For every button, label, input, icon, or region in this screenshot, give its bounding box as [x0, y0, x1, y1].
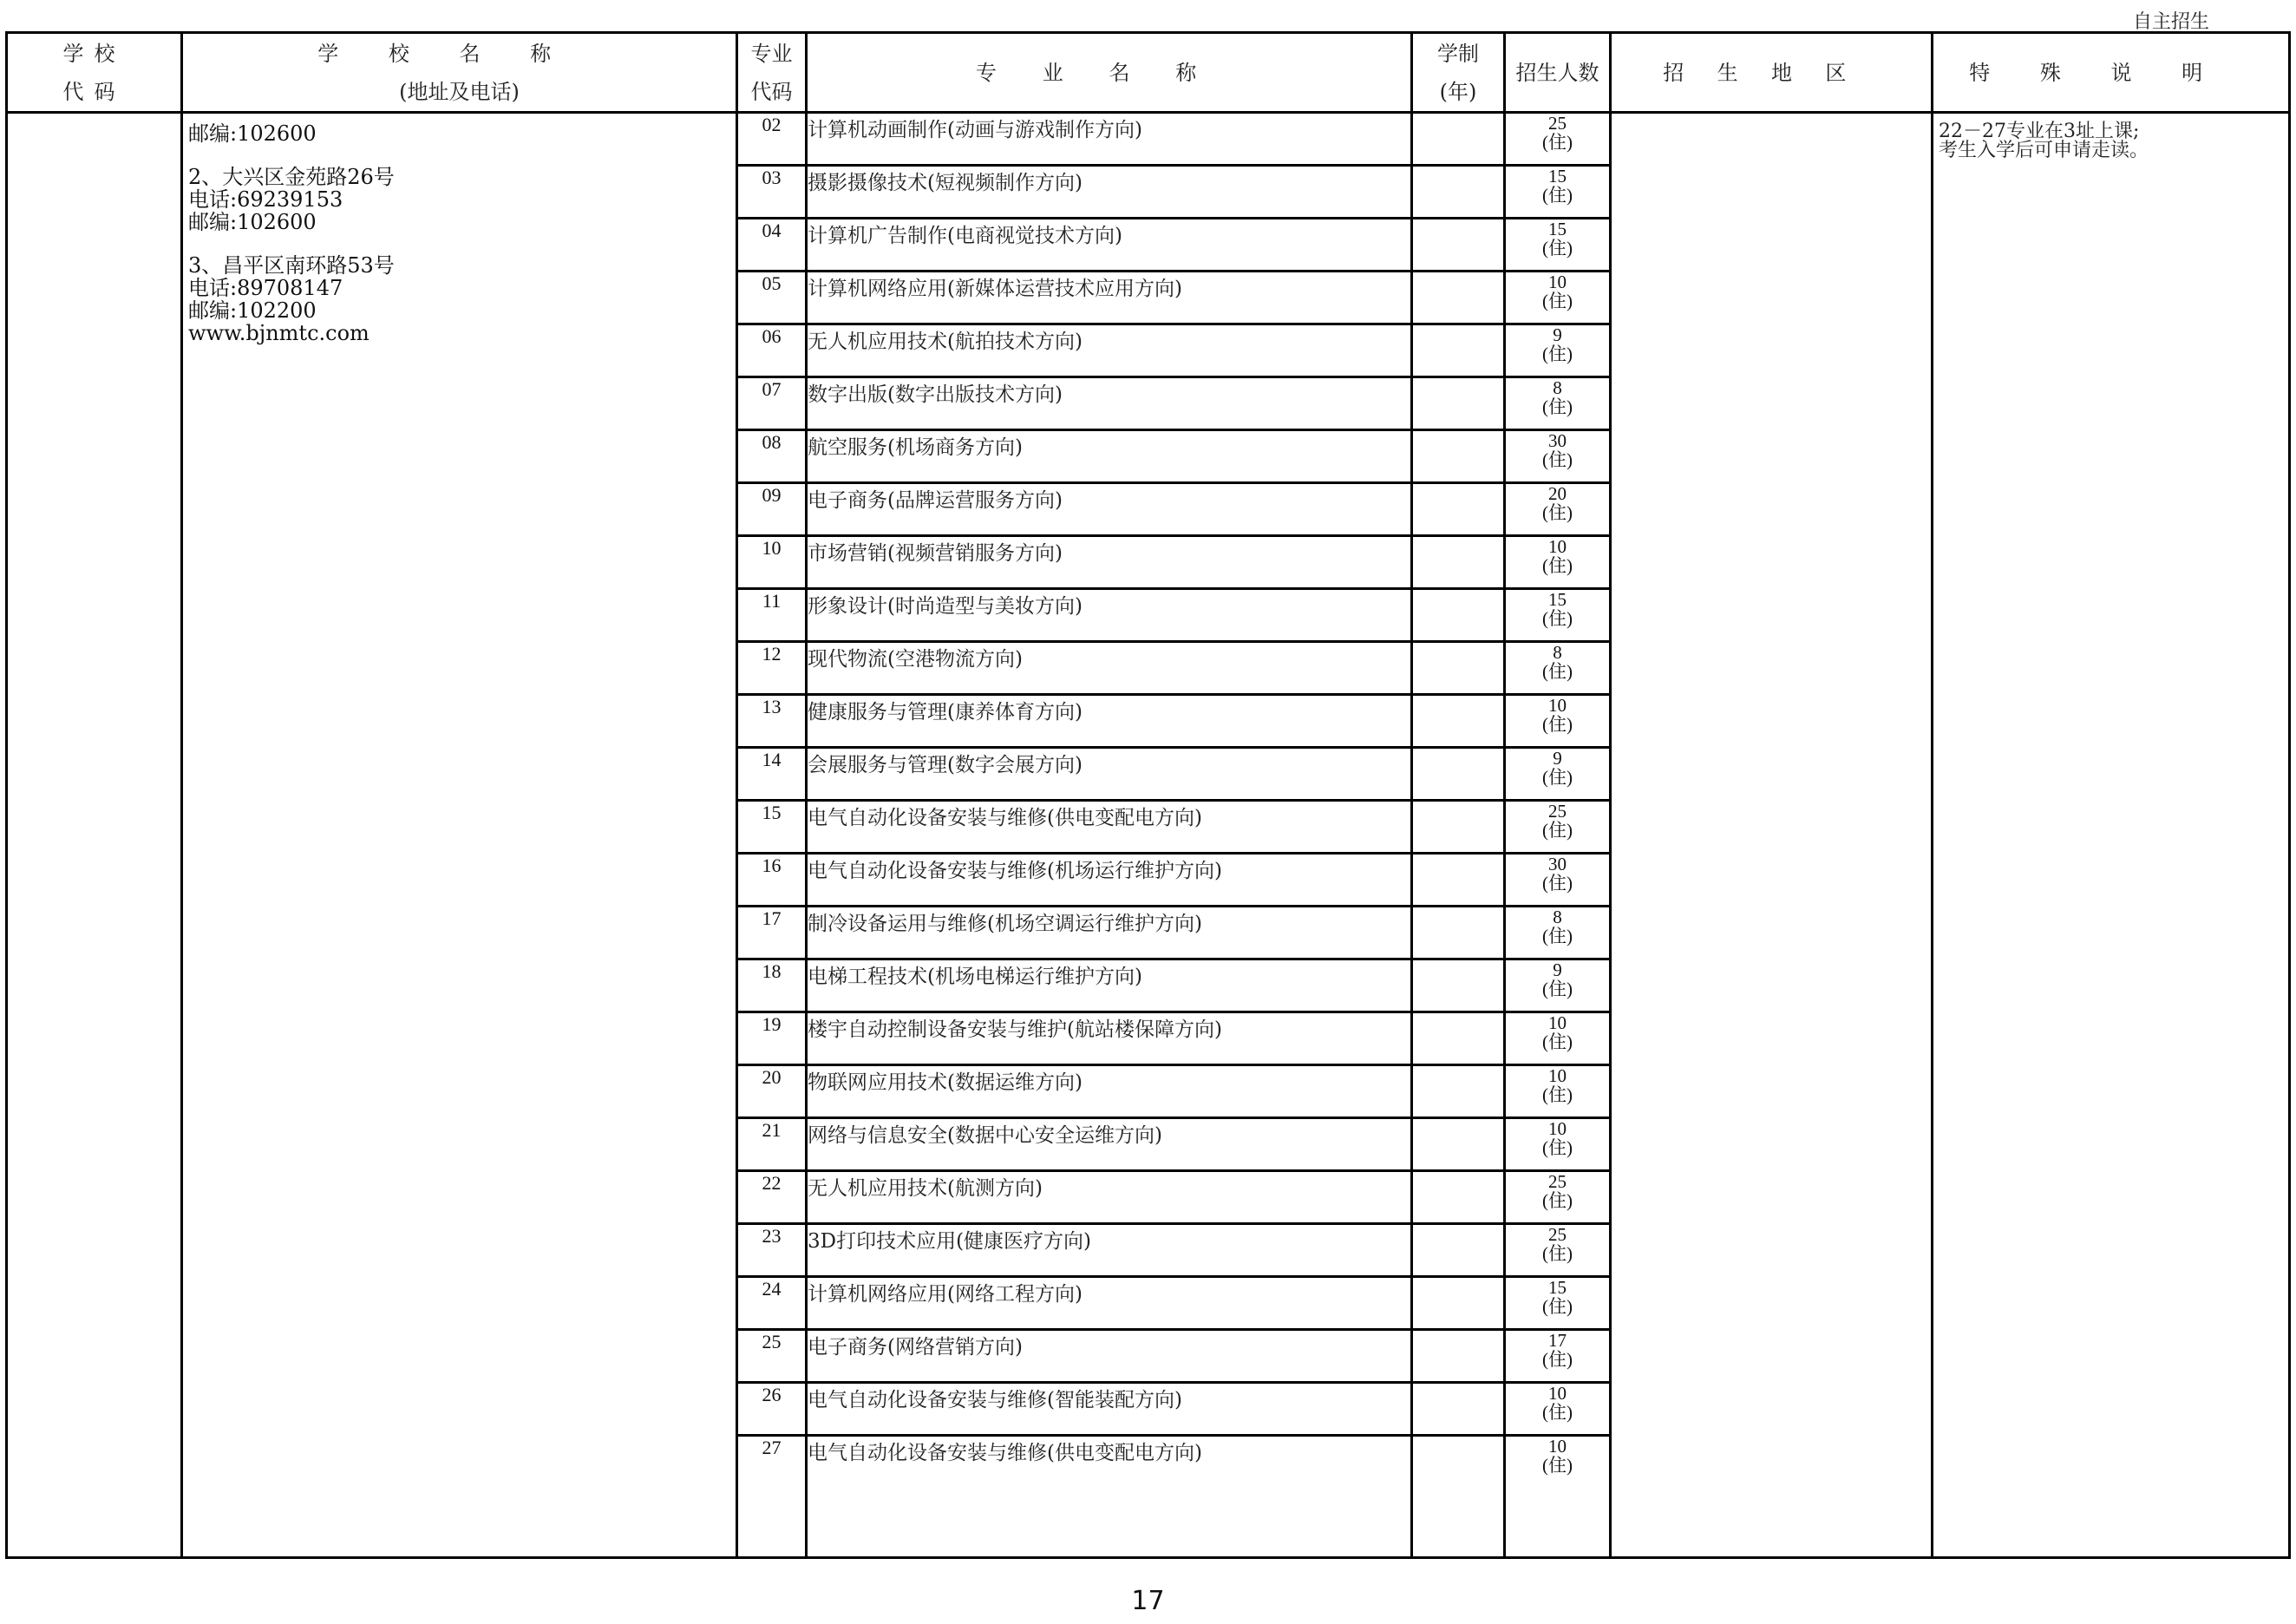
enrollment-count: 10: [1506, 696, 1609, 715]
lodging-label: (住): [1506, 768, 1609, 787]
enrollment-count-cell: 25(住): [1505, 113, 1611, 166]
page-number: 17: [0, 1586, 2296, 1616]
major-code: 03: [737, 166, 807, 219]
lodging-label: (住): [1506, 239, 1609, 258]
major-code: 22: [737, 1171, 807, 1224]
major-code: 17: [737, 907, 807, 959]
major-duration: [1412, 1224, 1505, 1277]
lodging-label: (住): [1506, 344, 1609, 363]
enrollment-count: 17: [1506, 1331, 1609, 1350]
major-duration: [1412, 324, 1505, 377]
major-duration: [1412, 483, 1505, 536]
major-duration: [1412, 377, 1505, 430]
enrollment-count-cell: 30(住): [1505, 854, 1611, 907]
address-line: www.bjnmtc.com: [188, 322, 736, 344]
enrollment-count-cell: 10(住): [1505, 1012, 1611, 1065]
major-code: 09: [737, 483, 807, 536]
header-duration-line2: (年): [1413, 73, 1503, 111]
header-duration: 学制 (年): [1412, 33, 1505, 113]
enrollment-count: 10: [1506, 1066, 1609, 1085]
lodging-label: (住): [1506, 1350, 1609, 1369]
major-name: 电子商务(品牌运营服务方向): [807, 483, 1412, 536]
enrollment-count-cell: 15(住): [1505, 1277, 1611, 1330]
enrollment-count-cell: 10(住): [1505, 695, 1611, 748]
enrollment-count-cell: 10(住): [1505, 1436, 1611, 1558]
major-duration: [1412, 1012, 1505, 1065]
major-name: 物联网应用技术(数据运维方向): [807, 1065, 1412, 1118]
notes-cell: 22－27专业在3址上课;考生入学后可申请走读。: [1933, 113, 2290, 1558]
major-code: 27: [737, 1436, 807, 1558]
major-duration: [1412, 219, 1505, 272]
header-school-code: 学校 代码: [7, 33, 182, 113]
major-duration: [1412, 1065, 1505, 1118]
enrollment-count: 15: [1506, 590, 1609, 609]
major-code: 26: [737, 1383, 807, 1436]
enrollment-count: 25: [1506, 1225, 1609, 1244]
lodging-label: (住): [1506, 715, 1609, 734]
lodging-label: (住): [1506, 397, 1609, 416]
major-duration: [1412, 959, 1505, 1012]
enrollment-count-cell: 15(住): [1505, 166, 1611, 219]
major-name: 形象设计(时尚造型与美妆方向): [807, 589, 1412, 642]
enrollment-count-cell: 25(住): [1505, 1171, 1611, 1224]
major-duration: [1412, 748, 1505, 801]
enrollment-count-cell: 10(住): [1505, 272, 1611, 324]
major-duration: [1412, 536, 1505, 589]
lodging-label: (住): [1506, 874, 1609, 893]
major-code: 06: [737, 324, 807, 377]
lodging-label: (住): [1506, 979, 1609, 999]
address-line: 电话:69239153: [188, 188, 736, 211]
lodging-label: (住): [1506, 1191, 1609, 1210]
school-code-cell: [7, 113, 182, 1558]
enrollment-count: 8: [1506, 643, 1609, 662]
enrollment-count-cell: 8(住): [1505, 377, 1611, 430]
enrollment-count: 9: [1506, 960, 1609, 979]
lodging-label: (住): [1506, 1403, 1609, 1422]
major-duration: [1412, 1383, 1505, 1436]
region-cell: [1611, 113, 1933, 1558]
major-name: 楼宇自动控制设备安装与维护(航站楼保障方向): [807, 1012, 1412, 1065]
major-code: 13: [737, 695, 807, 748]
major-code: 07: [737, 377, 807, 430]
major-name: 电气自动化设备安装与维修(智能装配方向): [807, 1383, 1412, 1436]
lodging-label: (住): [1506, 1456, 1609, 1475]
header-major-code: 专业 代码: [737, 33, 807, 113]
major-duration: [1412, 166, 1505, 219]
enrollment-count-cell: 8(住): [1505, 907, 1611, 959]
header-major-code-line1: 专业: [738, 35, 805, 73]
enrollment-count: 8: [1506, 907, 1609, 927]
header-school-name-line2: (地址及电话): [183, 73, 736, 111]
major-name: 3D打印技术应用(健康医疗方向): [807, 1224, 1412, 1277]
header-school-code-line2: 代码: [8, 73, 180, 111]
major-code: 04: [737, 219, 807, 272]
lodging-label: (住): [1506, 450, 1609, 469]
enrollment-count: 10: [1506, 1013, 1609, 1032]
table-body: 邮编:1026002、大兴区金苑路26号电话:69239153邮编:102600…: [7, 113, 2290, 1558]
lodging-label: (住): [1506, 821, 1609, 840]
header-major-code-line2: 代码: [738, 73, 805, 111]
enrollment-count: 8: [1506, 378, 1609, 397]
enrollment-count-cell: 17(住): [1505, 1330, 1611, 1383]
major-duration: [1412, 1436, 1505, 1558]
school-address-cell: 邮编:1026002、大兴区金苑路26号电话:69239153邮编:102600…: [182, 113, 737, 1558]
major-name: 航空服务(机场商务方向): [807, 430, 1412, 483]
major-code: 24: [737, 1277, 807, 1330]
major-duration: [1412, 113, 1505, 166]
header-region: 招生地区: [1611, 33, 1933, 113]
header-major-name: 专业名称: [807, 33, 1412, 113]
enrollment-count-cell: 9(住): [1505, 959, 1611, 1012]
major-duration: [1412, 801, 1505, 854]
enrollment-count: 10: [1506, 1384, 1609, 1403]
lodging-label: (住): [1506, 503, 1609, 522]
major-duration: [1412, 589, 1505, 642]
major-name: 摄影摄像技术(短视频制作方向): [807, 166, 1412, 219]
enrollment-count-cell: 30(住): [1505, 430, 1611, 483]
major-code: 19: [737, 1012, 807, 1065]
table-row: 邮编:1026002、大兴区金苑路26号电话:69239153邮编:102600…: [7, 113, 2290, 166]
major-code: 12: [737, 642, 807, 695]
enrollment-count: 15: [1506, 219, 1609, 239]
major-name: 无人机应用技术(航拍技术方向): [807, 324, 1412, 377]
lodging-label: (住): [1506, 609, 1609, 628]
enrollment-table: 学校 代码 学校名称 (地址及电话) 专业 代码 专业名称 学制 (年) 招生人…: [5, 31, 2291, 1559]
major-name: 无人机应用技术(航测方向): [807, 1171, 1412, 1224]
major-name: 电气自动化设备安装与维修(供电变配电方向): [807, 801, 1412, 854]
major-code: 23: [737, 1224, 807, 1277]
header-school-code-line1: 学校: [8, 35, 180, 73]
note-line: 考生入学后可申请走读。: [1939, 141, 2288, 160]
enrollment-count-cell: 15(住): [1505, 219, 1611, 272]
major-duration: [1412, 907, 1505, 959]
header-enrollment: 招生人数: [1505, 33, 1611, 113]
major-name: 会展服务与管理(数字会展方向): [807, 748, 1412, 801]
header-enrollment-text: 招生人数: [1506, 54, 1609, 92]
major-name: 计算机广告制作(电商视觉技术方向): [807, 219, 1412, 272]
major-code: 21: [737, 1118, 807, 1171]
major-duration: [1412, 695, 1505, 748]
major-name: 计算机动画制作(动画与游戏制作方向): [807, 113, 1412, 166]
enrollment-count-cell: 25(住): [1505, 801, 1611, 854]
lodging-label: (住): [1506, 1244, 1609, 1263]
enrollment-count: 10: [1506, 272, 1609, 291]
major-name: 现代物流(空港物流方向): [807, 642, 1412, 695]
major-duration: [1412, 1171, 1505, 1224]
major-code: 05: [737, 272, 807, 324]
major-code: 25: [737, 1330, 807, 1383]
major-name: 制冷设备运用与维修(机场空调运行维护方向): [807, 907, 1412, 959]
enrollment-count: 30: [1506, 855, 1609, 874]
major-duration: [1412, 1118, 1505, 1171]
lodging-label: (住): [1506, 1032, 1609, 1051]
enrollment-count: 10: [1506, 1119, 1609, 1138]
major-code: 10: [737, 536, 807, 589]
special-notes: 22－27专业在3址上课;考生入学后可申请走读。: [1933, 114, 2288, 160]
table-header-row: 学校 代码 学校名称 (地址及电话) 专业 代码 专业名称 学制 (年) 招生人…: [7, 33, 2290, 113]
header-region-text: 招生地区: [1612, 54, 1931, 92]
note-line: 22－27专业在3址上课;: [1939, 122, 2288, 141]
header-notes: 特殊说明: [1933, 33, 2290, 113]
enrollment-count-cell: 9(住): [1505, 324, 1611, 377]
enrollment-count-cell: 10(住): [1505, 1118, 1611, 1171]
header-major-name-text: 专业名称: [808, 54, 1410, 92]
major-code: 16: [737, 854, 807, 907]
lodging-label: (住): [1506, 1297, 1609, 1316]
header-notes-text: 特殊说明: [1933, 54, 2288, 92]
address-line: [188, 233, 736, 254]
major-code: 02: [737, 113, 807, 166]
major-code: 20: [737, 1065, 807, 1118]
major-code: 18: [737, 959, 807, 1012]
major-duration: [1412, 272, 1505, 324]
lodging-label: (住): [1506, 556, 1609, 575]
major-name: 健康服务与管理(康养体育方向): [807, 695, 1412, 748]
major-name: 电子商务(网络营销方向): [807, 1330, 1412, 1383]
school-address: 邮编:1026002、大兴区金苑路26号电话:69239153邮编:102600…: [183, 114, 736, 344]
major-name: 数字出版(数字出版技术方向): [807, 377, 1412, 430]
major-duration: [1412, 1330, 1505, 1383]
major-duration: [1412, 430, 1505, 483]
major-name: 电梯工程技术(机场电梯运行维护方向): [807, 959, 1412, 1012]
enrollment-count-cell: 20(住): [1505, 483, 1611, 536]
address-line: 邮编:102600: [188, 211, 736, 233]
address-line: 电话:89708147: [188, 277, 736, 299]
address-line: [188, 145, 736, 166]
major-name: 电气自动化设备安装与维修(机场运行维护方向): [807, 854, 1412, 907]
major-code: 08: [737, 430, 807, 483]
header-school-name: 学校名称 (地址及电话): [182, 33, 737, 113]
lodging-label: (住): [1506, 186, 1609, 205]
lodging-label: (住): [1506, 927, 1609, 946]
enrollment-count-cell: 25(住): [1505, 1224, 1611, 1277]
header-duration-line1: 学制: [1413, 35, 1503, 73]
enrollment-count: 25: [1506, 114, 1609, 133]
major-name: 电气自动化设备安装与维修(供电变配电方向): [807, 1436, 1412, 1558]
enrollment-count: 15: [1506, 167, 1609, 186]
document-category-label: 自主招生: [2133, 7, 2209, 34]
lodging-label: (住): [1506, 662, 1609, 681]
enrollment-count: 10: [1506, 537, 1609, 556]
enrollment-count: 25: [1506, 802, 1609, 821]
address-line: 邮编:102200: [188, 299, 736, 322]
major-duration: [1412, 1277, 1505, 1330]
major-duration: [1412, 854, 1505, 907]
major-name: 市场营销(视频营销服务方向): [807, 536, 1412, 589]
header-school-name-line1: 学校名称: [183, 35, 736, 73]
lodging-label: (住): [1506, 1138, 1609, 1157]
major-code: 14: [737, 748, 807, 801]
enrollment-count: 10: [1506, 1437, 1609, 1456]
address-line: 2、大兴区金苑路26号: [188, 166, 736, 188]
major-name: 计算机网络应用(新媒体运营技术应用方向): [807, 272, 1412, 324]
major-duration: [1412, 642, 1505, 695]
lodging-label: (住): [1506, 291, 1609, 311]
enrollment-count: 25: [1506, 1172, 1609, 1191]
lodging-label: (住): [1506, 133, 1609, 152]
lodging-label: (住): [1506, 1085, 1609, 1104]
enrollment-count-cell: 10(住): [1505, 1065, 1611, 1118]
major-code: 11: [737, 589, 807, 642]
enrollment-count: 9: [1506, 749, 1609, 768]
enrollment-count-cell: 10(住): [1505, 536, 1611, 589]
enrollment-count-cell: 9(住): [1505, 748, 1611, 801]
major-name: 网络与信息安全(数据中心安全运维方向): [807, 1118, 1412, 1171]
enrollment-count: 20: [1506, 484, 1609, 503]
enrollment-count-cell: 8(住): [1505, 642, 1611, 695]
major-name: 计算机网络应用(网络工程方向): [807, 1277, 1412, 1330]
address-line: 邮编:102600: [188, 122, 736, 145]
address-line: 3、昌平区南环路53号: [188, 254, 736, 277]
enrollment-count-cell: 10(住): [1505, 1383, 1611, 1436]
enrollment-count-cell: 15(住): [1505, 589, 1611, 642]
enrollment-count: 9: [1506, 325, 1609, 344]
major-code: 15: [737, 801, 807, 854]
enrollment-count: 30: [1506, 431, 1609, 450]
enrollment-count: 15: [1506, 1278, 1609, 1297]
